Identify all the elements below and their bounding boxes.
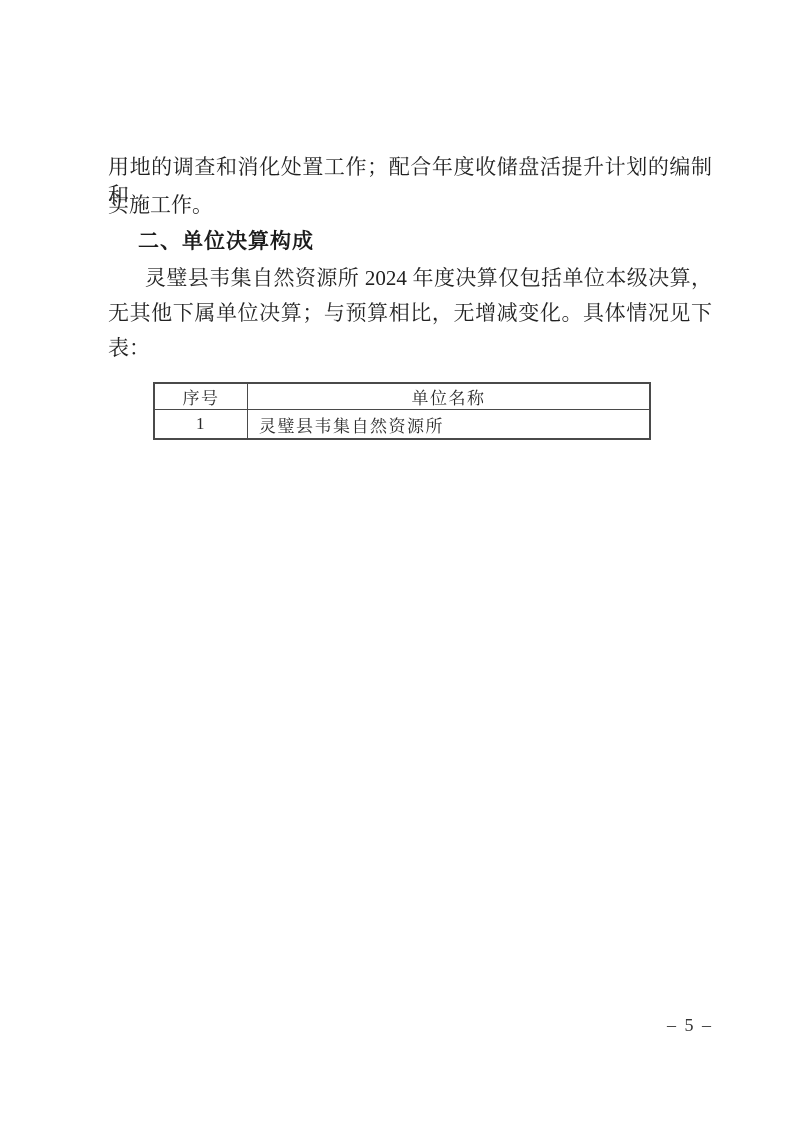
paragraph-2-line-1: 灵璧县韦集自然资源所 2024 年度决算仅包括单位本级决算，: [108, 264, 712, 292]
unit-list-table: 序号 单位名称 1 灵璧县韦集自然资源所: [153, 382, 651, 440]
document-page: 用地的调查和消化处置工作；配合年度收储盘活提升计划的编制和 实施工作。 二、单位…: [0, 0, 793, 1122]
table-cell-index: 1: [154, 410, 248, 440]
table-header-row: 序号 单位名称: [154, 383, 650, 410]
paragraph-2-line-3: 表：: [108, 334, 712, 362]
page-number: – 5 –: [630, 1015, 750, 1036]
section-heading: 二、单位决算构成: [138, 228, 314, 256]
paragraph-1-line-2: 实施工作。: [108, 191, 712, 219]
table-header-index: 序号: [154, 383, 248, 410]
table-cell-unit-name: 灵璧县韦集自然资源所: [248, 410, 651, 440]
table-row: 1 灵璧县韦集自然资源所: [154, 410, 650, 440]
paragraph-2-line-2: 无其他下属单位决算；与预算相比，无增减变化。具体情况见下: [108, 299, 712, 327]
table-header-unit-name: 单位名称: [248, 383, 651, 410]
